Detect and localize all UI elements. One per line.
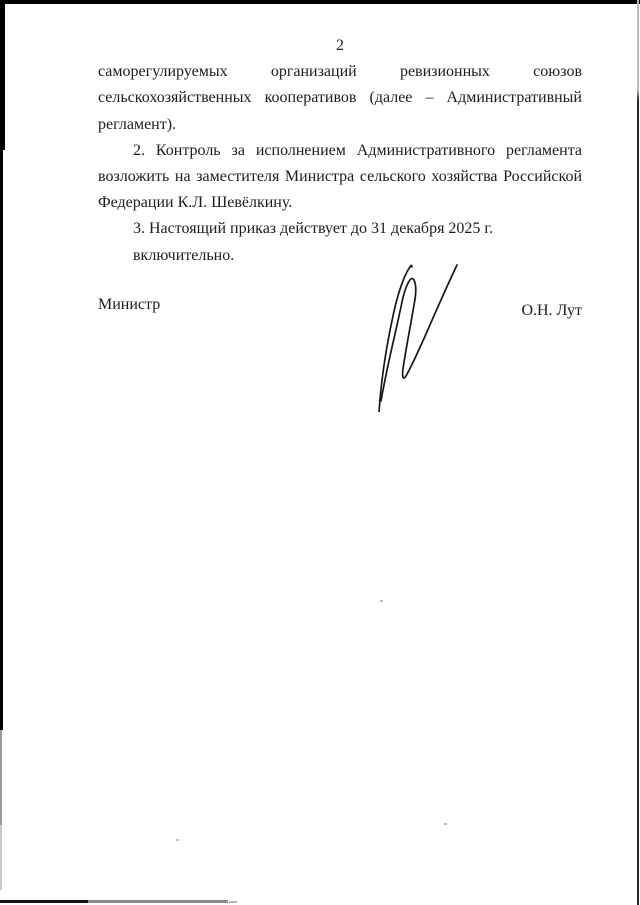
- document-body: 2 саморегулируемых организаций ревизионн…: [98, 33, 582, 269]
- handwritten-signature-icon: [366, 254, 464, 412]
- page-number: 2: [98, 33, 582, 59]
- scan-speck: [380, 600, 383, 602]
- document-page: 2 саморегулируемых организаций ревизионн…: [0, 0, 640, 905]
- scan-edge-right: [637, 0, 639, 905]
- scan-speck: [444, 823, 447, 825]
- paragraph-2-line-2: возложить на заместителя Министра сельск…: [98, 164, 582, 190]
- paragraph-1-line-2: сельскохозяйственных кооперативов (далее…: [98, 85, 582, 111]
- scan-edge-bottom: [88, 900, 228, 903]
- scan-edge-bottom: [229, 901, 237, 903]
- minister-title-label: Министр: [98, 297, 160, 313]
- paragraph-3-line-1: 3. Настоящий приказ действует до 31 дека…: [98, 216, 582, 268]
- scan-edge-top: [0, 0, 640, 4]
- paragraph-2-line-3: Федерации К.Л. Шевёлкину.: [98, 190, 582, 216]
- scan-edge-left-fade: [0, 825, 2, 890]
- scan-speck: [176, 839, 179, 841]
- scan-edge-left-fade: [0, 730, 2, 825]
- paragraph-2-line-1: 2. Контроль за исполнением Административ…: [98, 138, 582, 164]
- scan-edge-left: [0, 0, 5, 150]
- scan-edge-bottom: [0, 900, 88, 903]
- minister-name-label: О.Н. Лут: [521, 303, 582, 319]
- scan-edge-left: [0, 150, 3, 730]
- paragraph-1-line-1: саморегулируемых организаций ревизионных…: [98, 59, 582, 85]
- paragraph-1-line-3: регламент).: [98, 112, 582, 138]
